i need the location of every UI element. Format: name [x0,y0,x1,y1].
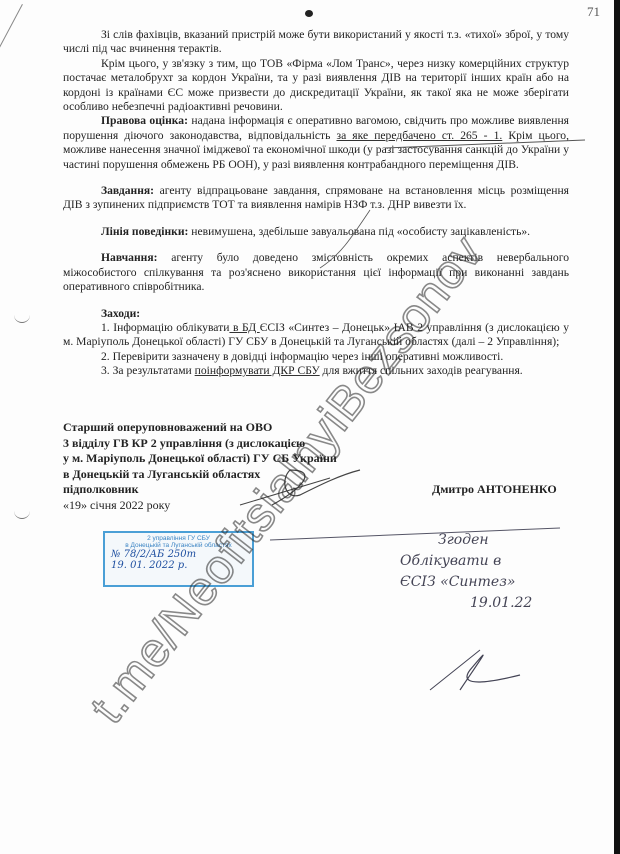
document-page: 71 Зі слів фахівців, вказаний пристрій м… [0,0,620,854]
